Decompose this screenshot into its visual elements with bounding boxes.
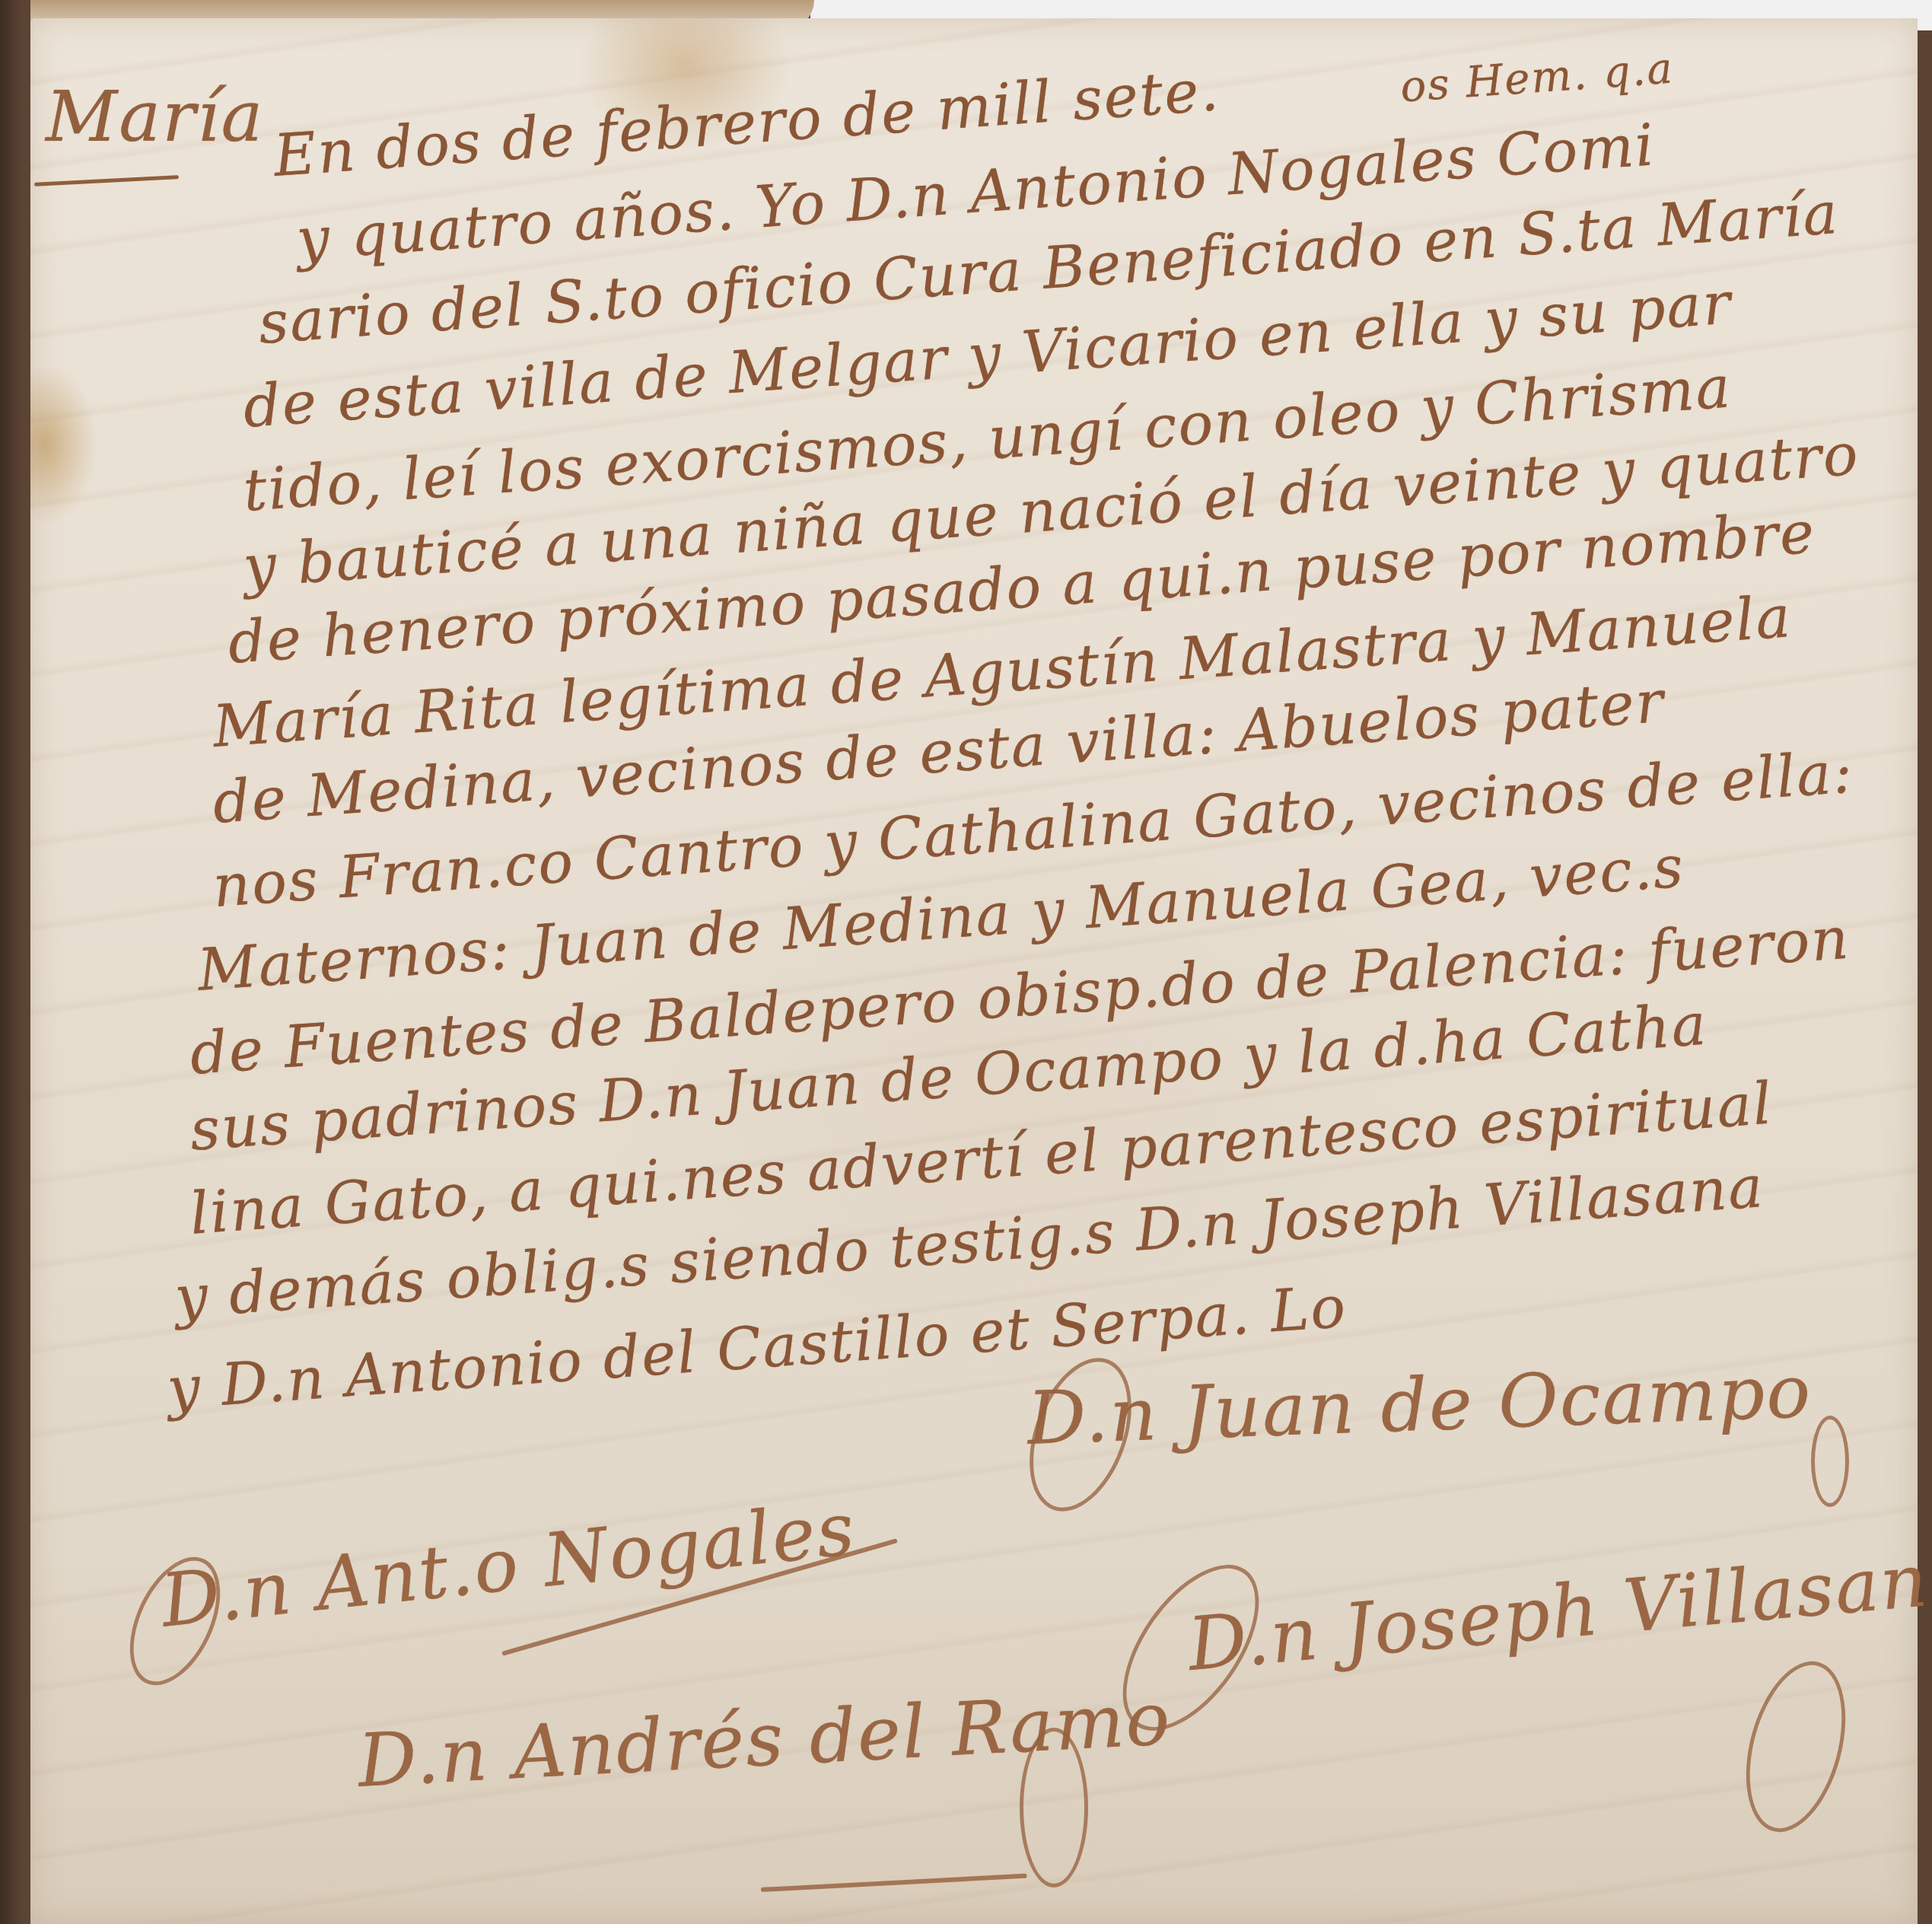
rubric-ocampo: [1811, 1416, 1849, 1507]
margin-note-name: María: [46, 76, 264, 158]
rubric-ramo: [1020, 1728, 1088, 1887]
